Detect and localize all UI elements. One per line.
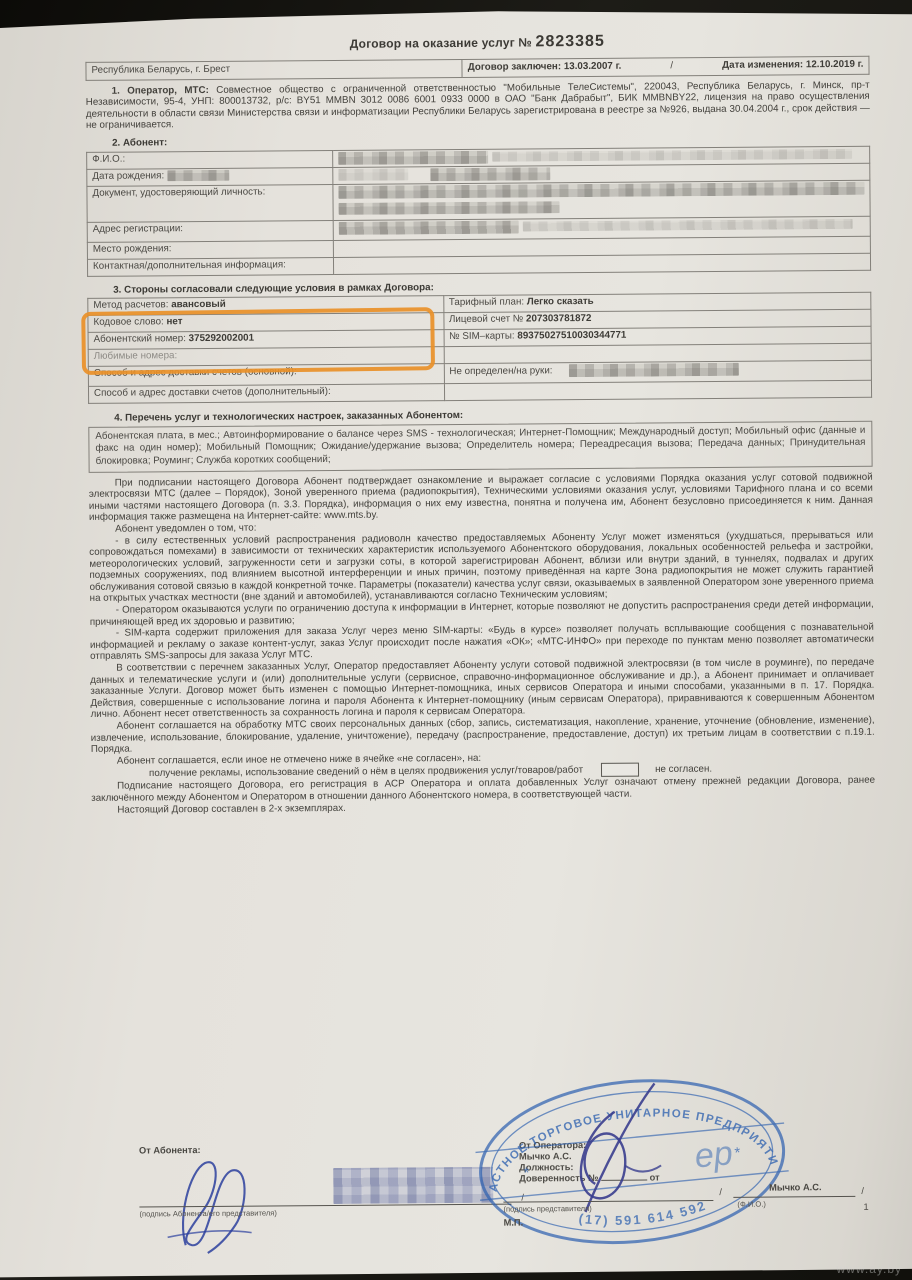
contract-place: Республика Беларусь, г. Брест bbox=[86, 59, 462, 80]
operator-clause-lead: 1. Оператор, МТС: bbox=[112, 85, 209, 97]
redacted-block bbox=[569, 363, 739, 377]
field-label-address: Адрес регистрации: bbox=[87, 220, 333, 242]
cell-label: Абонентский номер: bbox=[94, 333, 186, 345]
signature-area: От Абонента: / (подпись Абонента/его пре… bbox=[0, 1115, 912, 1272]
disagree-checkbox[interactable] bbox=[601, 763, 639, 777]
fio-slash-right: / bbox=[861, 1186, 864, 1196]
fio-slash-left: / bbox=[719, 1187, 722, 1197]
redacted-block bbox=[167, 169, 229, 180]
contract-title: Договор на оказание услуг № 2823385 bbox=[85, 34, 869, 53]
field-label-birthdate: Дата рождения: bbox=[87, 167, 333, 186]
cell-value: 89375027510030344771 bbox=[517, 330, 626, 342]
redacted-block bbox=[338, 168, 408, 181]
cell-value: авансовый bbox=[171, 299, 226, 310]
cell-label: Метод расчетов: bbox=[93, 299, 168, 311]
table-row: Документ, удостоверяющий личность: bbox=[87, 180, 870, 222]
cell-value: 207303781872 bbox=[526, 313, 591, 325]
page-number: 1 bbox=[863, 1202, 868, 1212]
consent-disagree-label: не согласен. bbox=[655, 764, 712, 775]
operator-clause: 1. Оператор, МТС: Совместное общество с … bbox=[86, 79, 870, 132]
cell-value: 375292002001 bbox=[189, 333, 254, 345]
redacted-block bbox=[339, 220, 519, 234]
paragraph-service-order: В соответствии с перечнем заказанных Усл… bbox=[90, 657, 874, 721]
watermark: www.ay.by bbox=[837, 1262, 902, 1276]
cell-billing-additional-value bbox=[444, 380, 872, 400]
subscriber-table: Ф.И.О.: Дата рождения: Документ, удостов… bbox=[86, 145, 871, 276]
redacted-block bbox=[492, 149, 852, 162]
contract-modified-date: Дата изменения: 12.10.2019 г. bbox=[722, 59, 863, 72]
cell-value: нет bbox=[166, 316, 182, 327]
subscriber-signature-caption: (подпись Абонента/его представителя) bbox=[139, 1208, 277, 1218]
paragraph-intro: При подписании настоящего Договора Абоне… bbox=[89, 471, 873, 524]
conditions-table-wrap: Метод расчетов: авансовый Тарифный план:… bbox=[87, 292, 872, 404]
redacted-block bbox=[338, 181, 864, 198]
conditions-table: Метод расчетов: авансовый Тарифный план:… bbox=[87, 292, 872, 404]
contract-page: Договор на оказание услуг № 2823385 Респ… bbox=[0, 7, 912, 1278]
subscriber-signature bbox=[147, 1148, 338, 1259]
cell-label: Кодовое слово: bbox=[93, 316, 163, 328]
cell-label: Тарифный план: bbox=[449, 297, 524, 309]
field-value-id-document bbox=[333, 180, 870, 220]
date-separator: / bbox=[670, 61, 673, 73]
cell-label: Любимые номера: bbox=[94, 350, 178, 362]
terms-text: При подписании настоящего Договора Абоне… bbox=[89, 471, 876, 816]
operator-signature-caption: (подпись представителя) bbox=[503, 1204, 591, 1214]
field-label-fio: Ф.И.О.: bbox=[87, 150, 333, 169]
contract-title-text: Договор на оказание услуг № bbox=[350, 35, 532, 50]
redacted-block bbox=[523, 219, 853, 232]
field-label-id-document: Документ, удостоверяющий личность: bbox=[87, 184, 333, 222]
mp-label: М.П. bbox=[504, 1217, 524, 1227]
field-value-contact-info bbox=[333, 253, 870, 274]
cell-label: Не определен/на руки: bbox=[449, 365, 552, 377]
cell-label: № SIM–карты: bbox=[449, 331, 515, 343]
paragraph-radio-conditions: - в силу естественных условий распростра… bbox=[89, 529, 874, 605]
services-list-box: Абонентская плата, в мес.; Автоинформиро… bbox=[88, 420, 872, 472]
contract-dates-cell: Договор заключен: 13.03.2007 г. / Дата и… bbox=[462, 56, 869, 77]
redacted-block bbox=[338, 201, 559, 215]
redacted-block bbox=[430, 167, 550, 181]
stamp-center-text: ер bbox=[693, 1134, 734, 1175]
cell-billing-additional: Способ и адрес доставки счетов (дополнит… bbox=[88, 384, 444, 404]
photo-background: Договор на оказание услуг № 2823385 Респ… bbox=[0, 0, 912, 1280]
document-body: Договор на оказание услуг № 2823385 Респ… bbox=[0, 7, 912, 816]
field-label-contact-info: Контактная/дополнительная информация: bbox=[87, 257, 333, 276]
redacted-block bbox=[338, 150, 488, 164]
cell-label: Лицевой счет № bbox=[449, 314, 523, 326]
stamp-star-right: * bbox=[734, 1144, 742, 1161]
field-label-text: Дата рождения: bbox=[92, 170, 164, 182]
table-row: Республика Беларусь, г. Брест Договор за… bbox=[86, 56, 869, 80]
cell-billing-main: Способ и адрес доставки счетов (основной… bbox=[88, 364, 444, 387]
contract-concluded-date: Договор заключен: 13.03.2007 г. bbox=[468, 61, 622, 74]
header-table: Республика Беларусь, г. Брест Договор за… bbox=[85, 55, 869, 80]
fio-caption: (Ф.И.О.) bbox=[737, 1200, 766, 1209]
contract-number: 2823385 bbox=[535, 33, 604, 51]
cell-value: Легко сказать bbox=[527, 296, 594, 308]
field-label-birthplace: Место рождения: bbox=[87, 240, 333, 259]
operator-fio-value: Мычко А.С. bbox=[737, 1182, 853, 1193]
stamp-star-left: * bbox=[523, 1164, 531, 1181]
